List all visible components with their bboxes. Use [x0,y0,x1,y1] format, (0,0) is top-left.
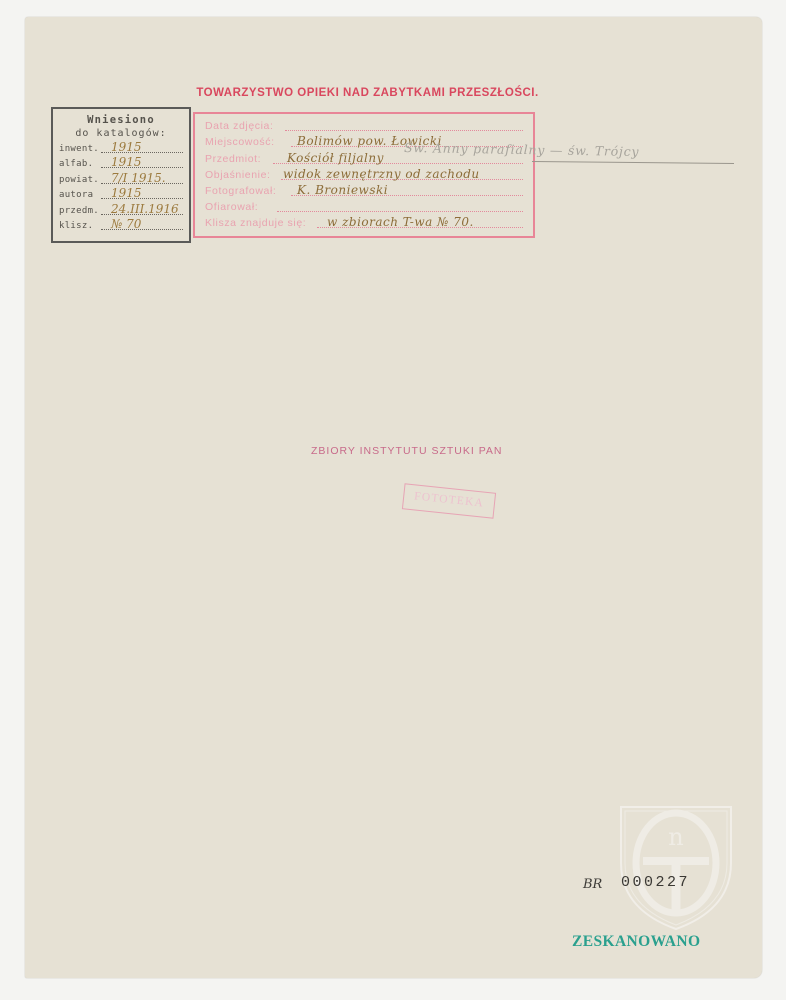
inventory-value: 1915 [111,186,142,200]
inventory-row: alfab. 1915 [59,156,183,172]
scanned-stamp: ZESKANOWANO [572,933,700,951]
stamp-field-row: Klisza znajduje się: w zbiorach T-wa № 7… [205,214,533,230]
inventory-row: klisz. № 70 [59,218,183,234]
inventory-row: autora 1915 [59,187,183,203]
institution-stamp-title: TOWARZYSTWO OPIEKI NAD ZABYTKAMI PRZESZŁ… [195,87,540,99]
institution-stamp: Data zdjęcia: Miejscowość: Bolimów pow. … [193,112,535,238]
stamp-field-row: Data zdjęcia: [205,117,533,133]
stamp-field-value: w zbiorach T-wa № 70. [327,215,474,229]
inventory-row: powiat. 7/I 1915. [59,171,183,187]
stamp-field-label: Objaśnienie: [205,169,271,181]
shield-monogram-watermark-icon: n [617,803,735,931]
stamp-field-label: Ofiarował: [205,201,258,213]
stamp-field-label: Klisza znajduje się: [205,217,306,229]
inventory-stamp: Wniesiono do katalogów: inwent. 1915 alf… [51,107,191,243]
stamp-field-value: Kościół filjalny [287,151,384,165]
inventory-value: 7/I 1915. [111,171,166,185]
stamp-field-row: Ofiarował: [205,198,533,214]
inventory-label: alfab. [59,159,93,169]
inventory-label: inwent. [59,144,99,154]
inventory-stamp-subtitle: do katalogów: [53,127,189,140]
dotted-line [285,130,523,131]
inventory-value: 1915 [111,140,142,154]
stamp-field-row: Fotografował: K. Broniewski [205,182,533,198]
inventory-value: 1915 [111,155,142,169]
stamp-field-label: Przedmiot: [205,153,261,165]
collection-stamp: ZBIORY INSTYTUTU SZTUKI PAN [311,445,503,457]
stamp-field-value: K. Broniewski [297,183,388,197]
catalog-number: 000227 [621,874,690,891]
inventory-value: № 70 [111,217,141,231]
stamp-field-label: Fotografował: [205,185,276,197]
inventory-label: klisz. [59,221,93,231]
inventory-label: powiat. [59,175,99,185]
dotted-line [277,211,523,212]
svg-text:n: n [668,823,683,851]
inventory-row: inwent. 1915 [59,140,183,156]
inventory-label: przedm. [59,206,99,216]
stamp-field-row: Objaśnienie: widok zewnętrzny od zachodu [205,166,533,182]
stamp-field-label: Data zdjęcia: [205,120,274,132]
stamp-field-value: widok zewnętrzny od zachodu [283,167,480,181]
stamp-field-label: Miejscowość: [205,136,275,148]
inventory-row: przedm. 24.III.1916 [59,202,183,218]
inventory-value: 24.III.1916 [111,202,179,216]
catalog-prefix: BR [583,877,602,892]
inventory-stamp-title: Wniesiono [53,113,189,127]
inventory-label: autora [59,190,93,200]
